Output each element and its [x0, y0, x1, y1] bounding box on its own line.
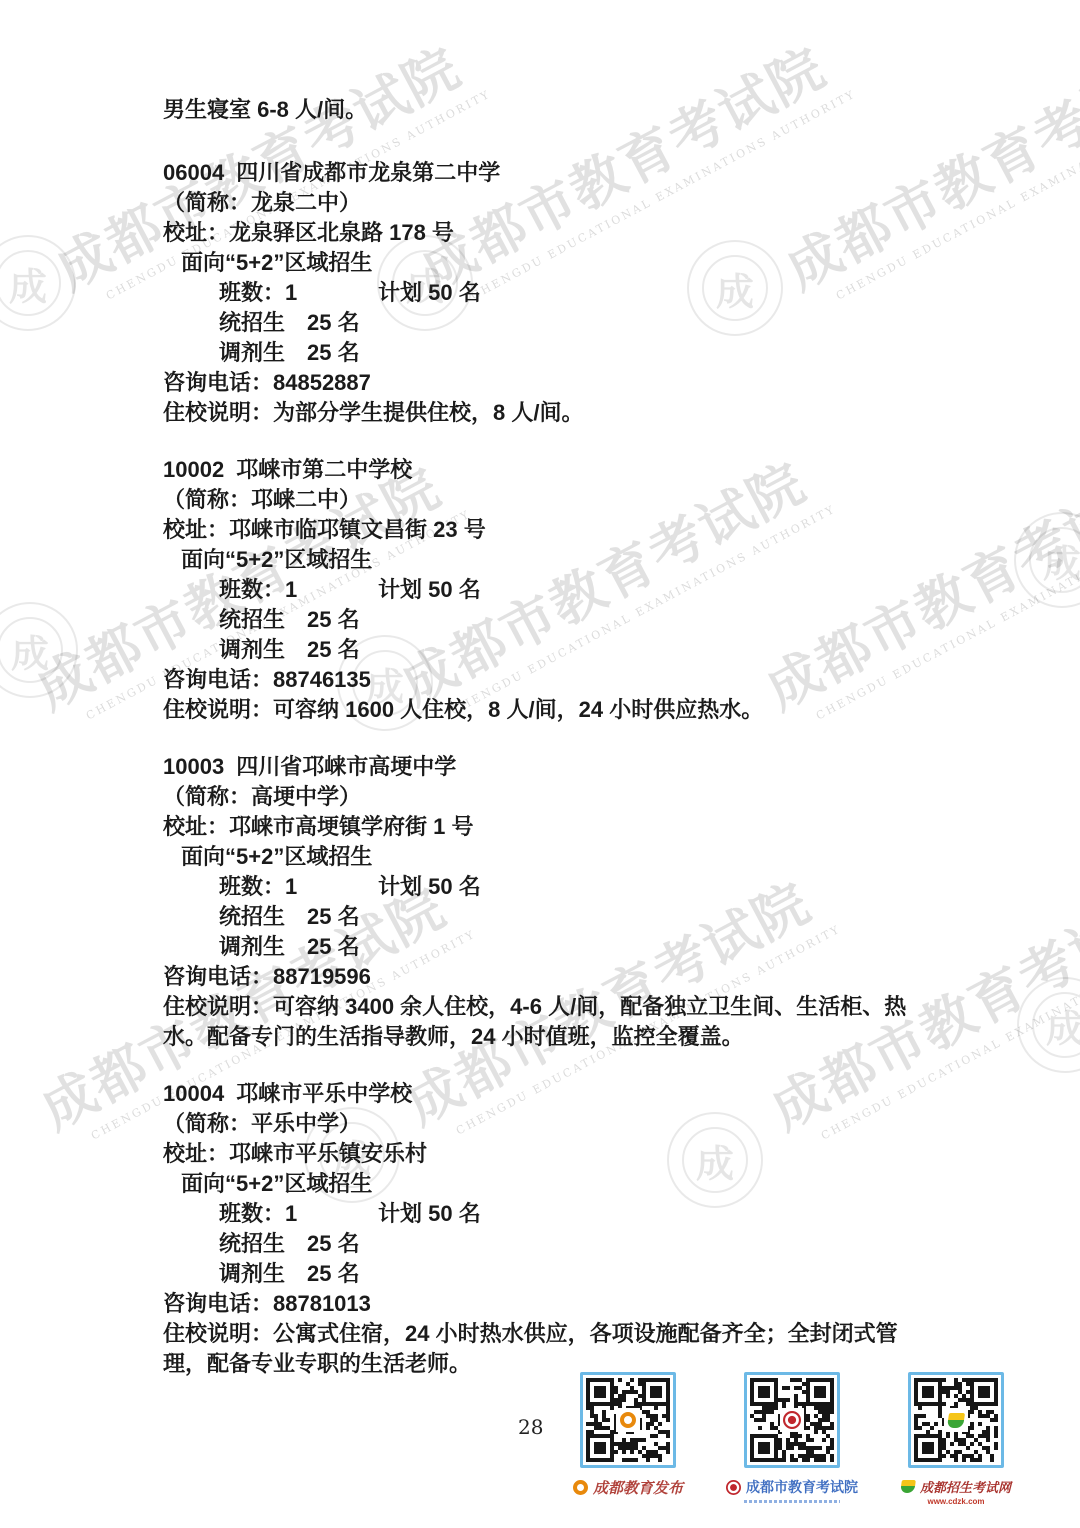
school-class-count: 班数：1	[219, 872, 378, 902]
qr-item-zhaosheng-kaoshi-web: 成都招生考试网 www.cdzk.com	[901, 1372, 1011, 1506]
qr-label-text: 成都教育发布	[593, 1477, 683, 1498]
qr-label: 成都招生考试网 www.cdzk.com	[901, 1477, 1011, 1506]
orange-ring-icon	[573, 1480, 588, 1495]
school-address: 校址：邛崃市高埂镇学府街 1 号	[163, 812, 931, 842]
school-stat-tiaoji: 调剂生 25 名	[163, 1259, 931, 1289]
school-address: 校址：邛崃市平乐镇安乐村	[163, 1139, 931, 1169]
qr-item-chengdu-education-release: 成都教育发布	[573, 1372, 683, 1506]
qr-label-tagline	[744, 1500, 840, 1503]
school-housing: 住校说明：公寓式住宿，24 小时热水供应，各项设施配备齐全；全封闭式管理，配备专…	[163, 1319, 931, 1379]
school-title: 10003四川省邛崃市高埂中学	[163, 752, 931, 782]
school-class-count: 班数：1	[219, 278, 378, 308]
school-block: 10004邛崃市平乐中学校 （简称：平乐中学） 校址：邛崃市平乐镇安乐村 面向“…	[163, 1079, 931, 1379]
school-housing: 住校说明：可容纳 1600 人住校，8 人/间，24 小时供应热水。	[163, 695, 931, 725]
school-stat-tongzhao: 统招生 25 名	[163, 605, 931, 635]
school-region: 面向“5+2”区域招生	[163, 1169, 931, 1199]
school-phone: 咨询电话：88746135	[163, 665, 931, 695]
qr-code-row: 成都教育发布 成都市教育考试院	[573, 1372, 1011, 1506]
seal-glyph: 成	[1019, 979, 1080, 1071]
school-title: 06004四川省成都市龙泉第二中学	[163, 158, 931, 188]
school-plan: 计划 50 名	[378, 577, 481, 602]
school-name: 邛崃市第二中学校	[236, 457, 412, 482]
school-plan: 计划 50 名	[378, 1201, 481, 1226]
document-page: 成都市教育考试院CHENGDU EDUCATIONAL EXAMINATIONS…	[0, 0, 1080, 1528]
school-stat-tiaoji: 调剂生 25 名	[163, 635, 931, 665]
qr-code	[908, 1372, 1004, 1468]
yellow-green-shield-icon	[900, 1480, 916, 1493]
school-region: 面向“5+2”区域招生	[163, 842, 931, 872]
seal-watermark-icon: 成	[0, 235, 76, 331]
school-block: 10003四川省邛崃市高埂中学 （简称：高埂中学） 校址：邛崃市高埂镇学府街 1…	[163, 752, 931, 1052]
school-region: 面向“5+2”区域招生	[163, 545, 931, 575]
school-name: 四川省成都市龙泉第二中学	[236, 160, 500, 185]
school-stat-tiaoji: 调剂生 25 名	[163, 338, 931, 368]
qr-label-text: 成都招生考试网	[920, 1477, 1011, 1496]
qr-center-logo-shield	[944, 1408, 968, 1432]
red-seal-icon	[726, 1480, 741, 1495]
school-class-plan: 班数：1计划 50 名	[163, 575, 931, 605]
school-plan: 计划 50 名	[378, 874, 481, 899]
school-code: 06004	[163, 160, 224, 185]
qr-code	[744, 1372, 840, 1468]
seal-glyph: 成	[0, 604, 76, 696]
seal-watermark-icon: 成	[0, 602, 78, 698]
page-number: 28	[518, 1415, 543, 1439]
school-plan: 计划 50 名	[378, 280, 481, 305]
seal-watermark-icon: 成	[1014, 512, 1080, 608]
school-code: 10002	[163, 457, 224, 482]
school-stat-tongzhao: 统招生 25 名	[163, 308, 931, 338]
school-title: 10004邛崃市平乐中学校	[163, 1079, 931, 1109]
school-code: 10003	[163, 754, 224, 779]
school-block: 10002邛崃市第二中学校 （简称：邛崃二中） 校址：邛崃市临邛镇文昌街 23 …	[163, 455, 931, 725]
school-class-plan: 班数：1计划 50 名	[163, 872, 931, 902]
seal-glyph: 成	[1016, 514, 1080, 606]
qr-label: 成都市教育考试院	[726, 1477, 858, 1503]
qr-item-examinations-authority: 成都市教育考试院	[726, 1372, 858, 1506]
school-code: 10004	[163, 1081, 224, 1106]
page-content: 男生寝室 6-8 人/间。 06004四川省成都市龙泉第二中学 （简称：龙泉二中…	[163, 95, 931, 1406]
qr-center-logo-orange	[616, 1408, 640, 1432]
intro-line: 男生寝室 6-8 人/间。	[163, 95, 931, 125]
school-region: 面向“5+2”区域招生	[163, 248, 931, 278]
school-short-name: （简称：高埂中学）	[163, 782, 931, 812]
school-housing: 住校说明：为部分学生提供住校，8 人/间。	[163, 398, 931, 428]
school-short-name: （简称：平乐中学）	[163, 1109, 931, 1139]
school-short-name: （简称：龙泉二中）	[163, 188, 931, 218]
school-phone: 咨询电话：88719596	[163, 962, 931, 992]
school-class-count: 班数：1	[219, 1199, 378, 1229]
school-phone: 咨询电话：84852887	[163, 368, 931, 398]
school-stat-tongzhao: 统招生 25 名	[163, 902, 931, 932]
school-block: 06004四川省成都市龙泉第二中学 （简称：龙泉二中） 校址：龙泉驿区北泉路 1…	[163, 158, 931, 428]
qr-label-text: 成都市教育考试院	[746, 1477, 858, 1497]
school-class-count: 班数：1	[219, 575, 378, 605]
school-name: 邛崃市平乐中学校	[236, 1081, 412, 1106]
school-class-plan: 班数：1计划 50 名	[163, 1199, 931, 1229]
qr-label-url: www.cdzk.com	[927, 1497, 984, 1506]
school-list: 06004四川省成都市龙泉第二中学 （简称：龙泉二中） 校址：龙泉驿区北泉路 1…	[163, 158, 931, 1379]
school-stat-tongzhao: 统招生 25 名	[163, 1229, 931, 1259]
school-address: 校址：龙泉驿区北泉路 178 号	[163, 218, 931, 248]
school-phone: 咨询电话：88781013	[163, 1289, 931, 1319]
qr-code	[580, 1372, 676, 1468]
school-housing: 住校说明：可容纳 3400 余人住校，4-6 人/间，配备独立卫生间、生活柜、热…	[163, 992, 931, 1052]
qr-center-logo-red-seal	[780, 1408, 804, 1432]
seal-watermark-icon: 成	[1017, 977, 1080, 1073]
seal-glyph: 成	[0, 237, 74, 329]
school-class-plan: 班数：1计划 50 名	[163, 278, 931, 308]
school-title: 10002邛崃市第二中学校	[163, 455, 931, 485]
qr-label: 成都教育发布	[573, 1477, 683, 1498]
school-short-name: （简称：邛崃二中）	[163, 485, 931, 515]
school-name: 四川省邛崃市高埂中学	[236, 754, 456, 779]
school-address: 校址：邛崃市临邛镇文昌街 23 号	[163, 515, 931, 545]
school-stat-tiaoji: 调剂生 25 名	[163, 932, 931, 962]
